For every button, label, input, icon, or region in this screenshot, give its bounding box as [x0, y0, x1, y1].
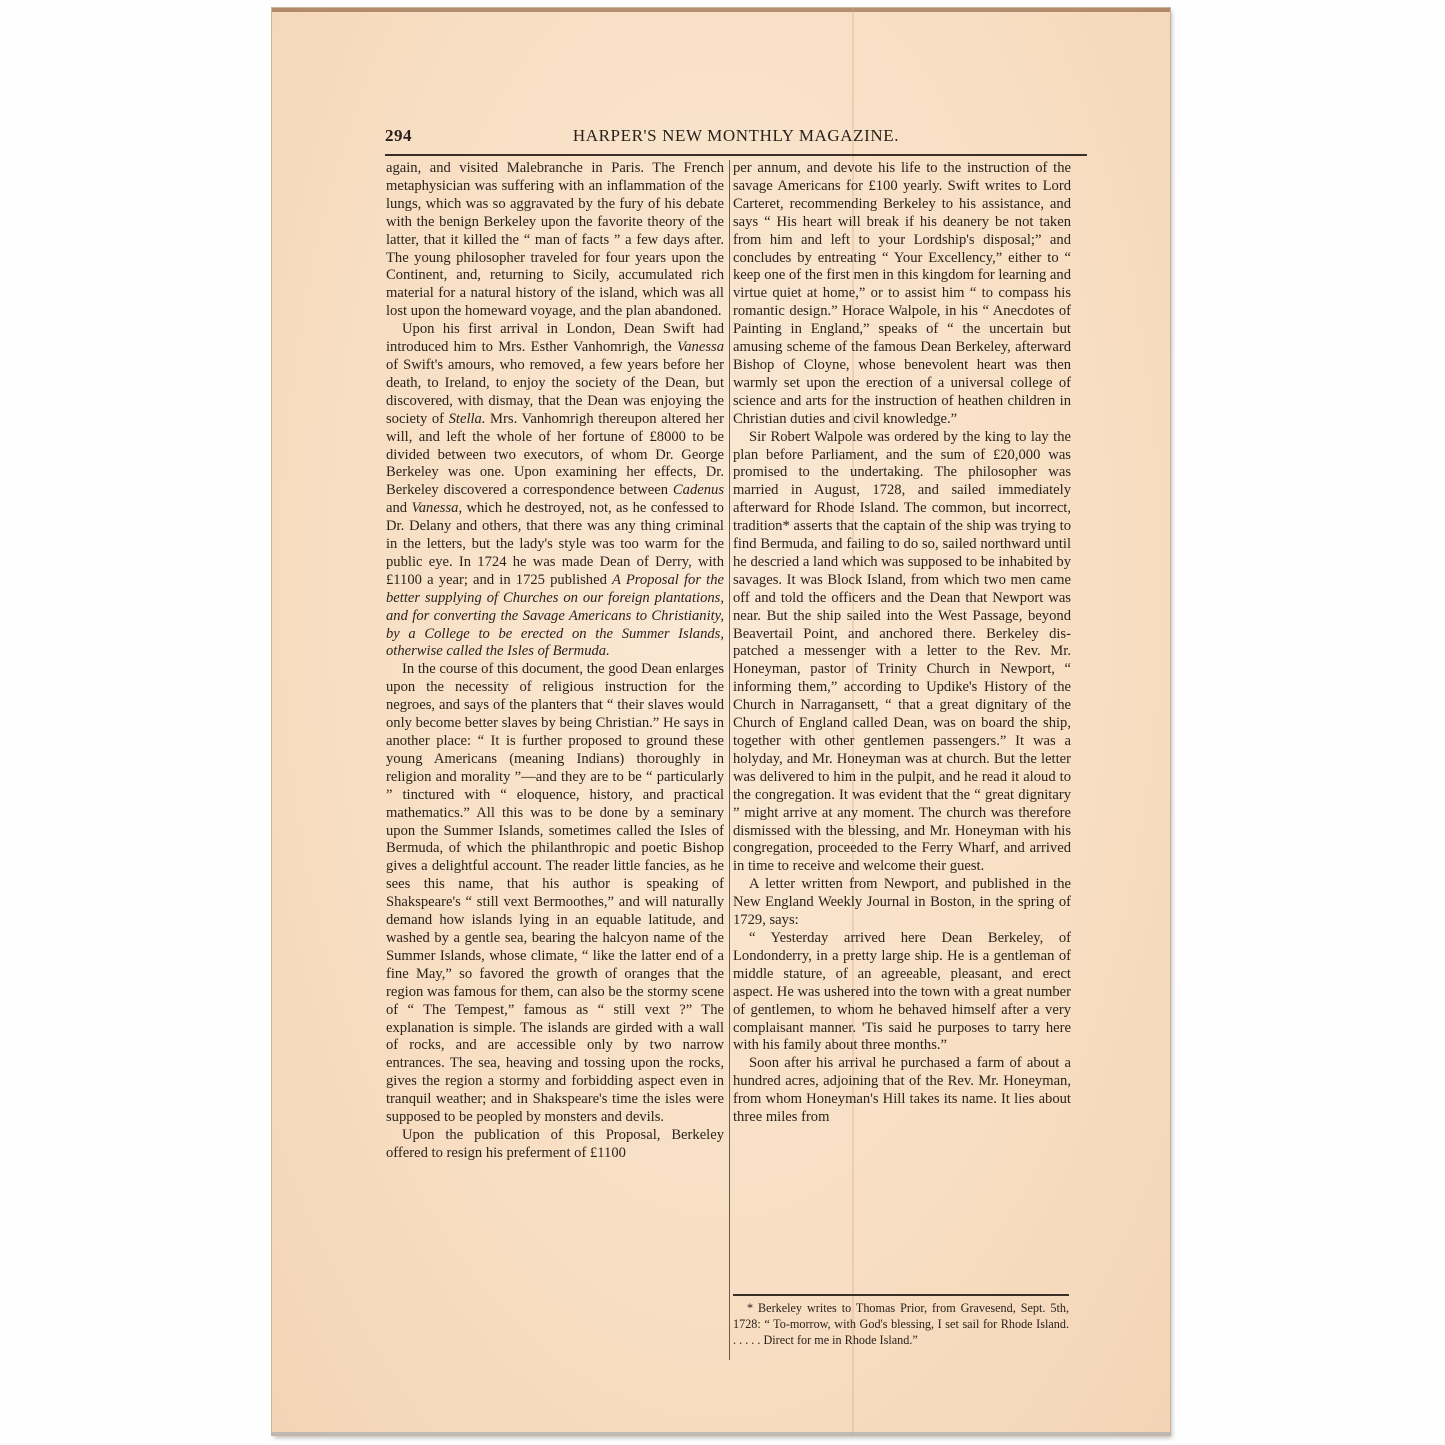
footnote: * Berkeley writes to Thomas Prior, from …: [733, 1300, 1069, 1348]
italic-name: Cadenus: [673, 482, 724, 498]
paragraph: Upon the publication of this Proposal, B…: [386, 1127, 724, 1163]
header-rule: [385, 154, 1087, 156]
paragraph: Sir Robert Walpole was ordered by the ki…: [733, 429, 1071, 877]
paragraph: A letter written from Newport, and publi…: [733, 876, 1071, 930]
paragraph: Soon after his arrival he purchased a fa…: [733, 1055, 1071, 1127]
paragraph: In the course of this document, the good…: [386, 661, 724, 1127]
text-run: and: [386, 500, 411, 516]
paragraph: again, and visited Malebranche in Paris.…: [386, 160, 724, 321]
italic-name: Stella.: [449, 411, 486, 427]
right-column: per annum, and devote his life to the in…: [733, 160, 1071, 1127]
magazine-page: 294 HARPER'S NEW MONTHLY MAGAZINE. again…: [272, 8, 1170, 1435]
paragraph: Upon his first arrival in London, Dean S…: [386, 321, 724, 661]
column-divider: [729, 160, 730, 1360]
left-column: again, and visited Malebranche in Paris.…: [386, 160, 724, 1163]
paragraph: per annum, and devote his life to the in…: [733, 160, 1071, 429]
magazine-title: HARPER'S NEW MONTHLY MAGAZINE.: [385, 126, 1087, 146]
running-header: 294 HARPER'S NEW MONTHLY MAGAZINE.: [385, 124, 1087, 150]
quoted-letter: “ Yesterday arrived here Dean Berkeley, …: [733, 930, 1071, 1055]
footnote-rule: [733, 1294, 1069, 1296]
text-run: Upon his first arrival in London, Dean S…: [386, 321, 724, 355]
italic-name: Vanessa,: [411, 500, 462, 516]
italic-name: Vanessa: [677, 339, 724, 355]
